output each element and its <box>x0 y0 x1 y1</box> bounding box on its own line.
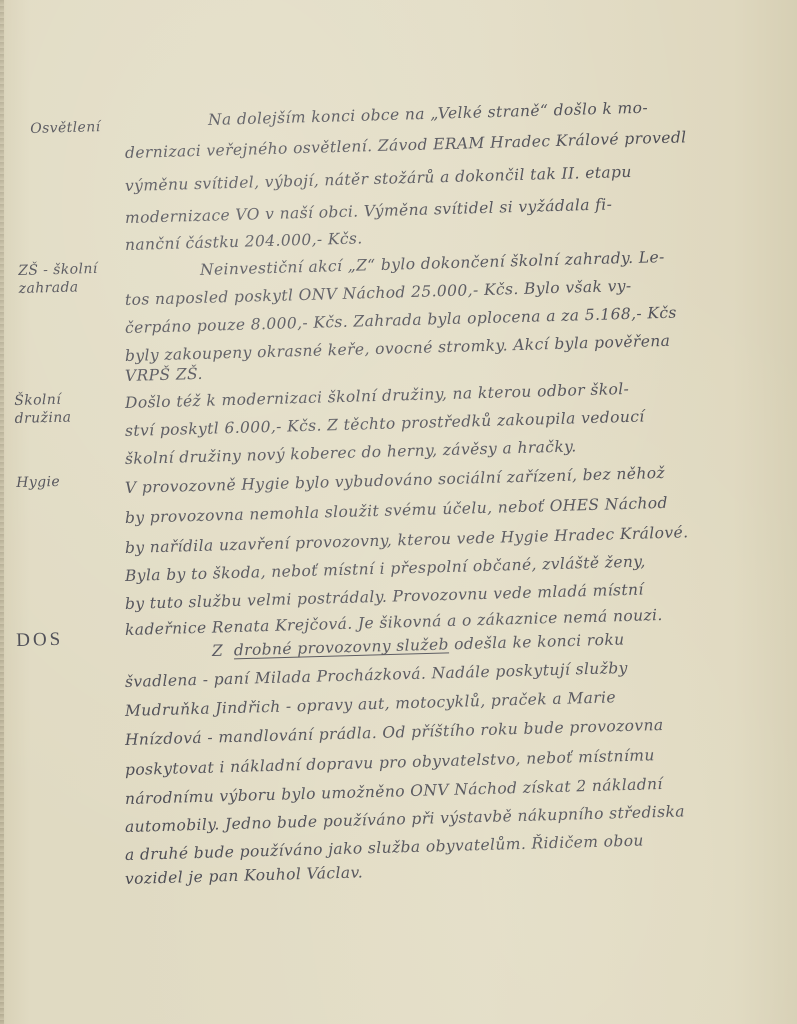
text-line: dernizaci veřejného osvětlení. Závod ERA… <box>125 126 725 163</box>
chronicle-page: Osvětlení ZŠ - školní zahrada Školní dru… <box>0 0 797 1024</box>
dos-prefix: Z <box>212 642 224 660</box>
dos-underlined-heading: drobné provozovny služeb <box>234 635 450 659</box>
text-line: výměnu svítidel, výbojí, nátěr stožárů a… <box>125 159 725 196</box>
text-line: V provozovně Hygie bylo vybudováno sociá… <box>125 461 725 498</box>
text-line: by provozovna nemohla sloužit svému účel… <box>125 491 725 528</box>
margin-note-skolni-druzina: Školní družina <box>14 391 72 428</box>
text-line: Na dolejším konci obce na „Velké straně“… <box>208 93 797 130</box>
margin-note-hygie: Hygie <box>16 473 60 492</box>
dos-suffix: odešla ke konci roku <box>454 630 625 653</box>
text-line: Hnízdová - mandlování prádla. Od příštíh… <box>125 713 725 750</box>
margin-note-osvetleni: Osvětlení <box>30 118 101 138</box>
margin-note-dos: DOS <box>16 631 63 650</box>
margin-note-zs-skolni-zahrada: ZŠ - školní zahrada <box>18 260 98 298</box>
